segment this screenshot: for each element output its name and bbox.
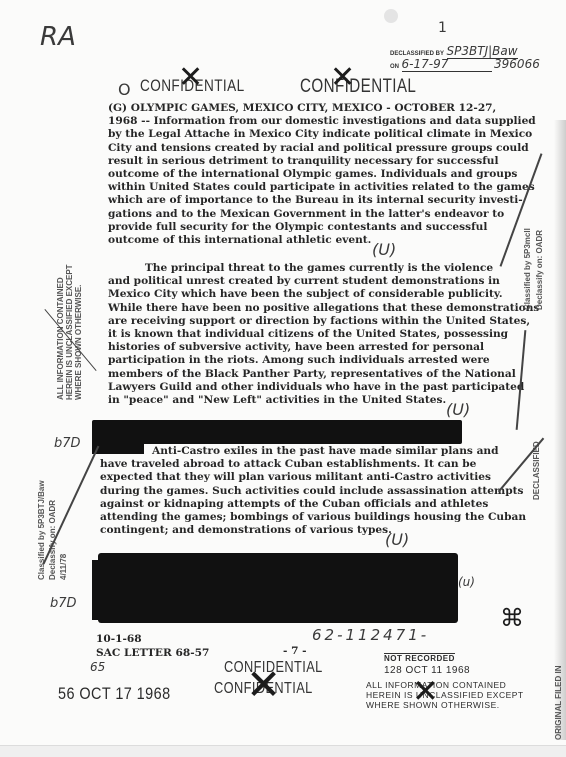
text-line: Anti-Castro exiles in the past have made… [100, 445, 526, 458]
text-line: Mexico City which have been the subject … [108, 288, 539, 301]
paragraph-1-marking: (U) [372, 240, 396, 259]
strike-x-icon: ✕ [330, 60, 355, 95]
circle-mark: O [118, 80, 131, 99]
paragraph-2-marking: (U) [446, 400, 470, 419]
redacted-marking: (u) [458, 575, 475, 589]
text-line: during the games. Such activities could … [100, 485, 526, 498]
left-bottom-margin-stamp: Classified by 5P3BTJ/Baw Declassify on: … [36, 480, 69, 580]
text-line: gations and to the Mexican Government in… [108, 208, 536, 221]
redaction-block [98, 553, 458, 623]
strike-x-icon: ✕ [178, 60, 203, 95]
page-mark: 1 [438, 20, 447, 36]
text-line: City and tensions created by racial and … [108, 142, 536, 155]
text-line: it is known that individual citizens of … [108, 328, 539, 341]
margin-stamp-line: Classified by 5P3mcll [522, 228, 534, 310]
strike-x-icon: ✕ [412, 672, 439, 710]
handwritten-initials: RA [40, 22, 76, 52]
info-stamp-line: HEREIN IS UNCLASSIFIED EXCEPT [366, 690, 524, 700]
paragraph-1: (G) OLYMPIC GAMES, MEXICO CITY, MEXICO -… [108, 102, 536, 247]
text-line: contingent; and demonstrations of variou… [100, 524, 526, 537]
text-line: which are of importance to the Bureau in… [108, 194, 536, 207]
text-line: members of the Black Panther Party, repr… [108, 368, 539, 381]
text-line: The principal threat to the games curren… [108, 262, 539, 275]
text-line: expected that they will plan various mil… [100, 471, 526, 484]
text-line: 1968 -- Information from our domestic in… [108, 115, 536, 128]
scribble-initials-icon: ⌘ [500, 604, 524, 632]
redaction-block [92, 420, 462, 444]
file-number: 62-112471- [312, 626, 429, 644]
text-line: result in serious detriment to tranquili… [108, 155, 536, 168]
text-line: participation in the riots. Among such i… [108, 354, 539, 367]
header-classification-2: CONFIDENTIAL [300, 76, 416, 98]
redaction-block [92, 560, 112, 620]
margin-stamp-line: WHERE SHOWN OTHERWISE. [74, 264, 83, 400]
right-top-margin-stamp: Classified by 5P3mcll Declassify on: OAD… [522, 228, 546, 310]
redaction-code-1: b7D [54, 436, 81, 451]
not-recorded-stamp: NOT RECORDED [384, 653, 455, 663]
info-stamp: ALL INFORMATION CONTAINED HEREIN IS UNCL… [366, 680, 524, 710]
text-line: attending the games; bombings of various… [100, 511, 526, 524]
text-line: Lawyers Guild and other individuals who … [108, 381, 539, 394]
footer-date: 10-1-68 [96, 633, 142, 646]
declassified-stamp: DECLASSIFIED BY SP3BTJ|Baw ON 6-17-97 39… [390, 44, 566, 72]
info-stamp-line: ALL INFORMATION CONTAINED [366, 680, 524, 690]
page-number: - 7 - [283, 645, 307, 658]
margin-stamp-line: Declassify on: OADR [534, 228, 546, 310]
margin-stamp-line: HEREIN IS UNCLASSIFIED EXCEPT [65, 264, 74, 400]
text-line: outcome of the international Olympic gam… [108, 168, 536, 181]
text-line: within United States could participate i… [108, 181, 536, 194]
paragraph-3: Anti-Castro exiles in the past have made… [100, 445, 526, 537]
punch-hole [384, 9, 398, 23]
text-line: provide full security for the Olympic co… [108, 221, 536, 234]
paragraph-2: The principal threat to the games curren… [108, 262, 539, 407]
right-bottom-margin-stamp-2: ORIGINAL FILED IN [554, 665, 563, 740]
text-line: histories of subversive activity, have b… [108, 341, 539, 354]
text-line: and political unrest created by current … [108, 275, 539, 288]
left-top-margin-stamp: ALL INFORMATION CONTAINED HEREIN IS UNCL… [56, 264, 83, 400]
received-initials: 65 [90, 660, 105, 674]
text-line: have traveled abroad to attack Cuban est… [100, 458, 526, 471]
viewer-bottom-band [0, 745, 566, 757]
margin-stamp-line: Declassify on: OADR [47, 480, 58, 580]
declassified-date: 6-17-97 [402, 57, 492, 72]
margin-stamp-line: Classified by 5P3BTJ/Baw [36, 480, 47, 580]
document-page: RA 1 DECLASSIFIED BY SP3BTJ|Baw ON 6-17-… [0, 0, 566, 745]
strike-x-icon: ✕ [246, 660, 281, 709]
received-date-stamp: 56 OCT 17 1968 [58, 684, 171, 704]
paragraph-3-marking: (U) [385, 530, 409, 549]
text-line: are receiving support or direction by fa… [108, 315, 539, 328]
scan-edge-shadow [554, 120, 566, 740]
footer-letter: SAC LETTER 68-57 [96, 647, 209, 660]
redaction-code-2: b7D [50, 596, 77, 611]
text-line: against or kidnaping attempts of the Cub… [100, 498, 526, 511]
info-stamp-line: WHERE SHOWN OTHERWISE. [366, 700, 524, 710]
declassified-number: 396066 [494, 57, 540, 71]
text-line: in "peace" and "New Left" activities in … [108, 394, 539, 407]
text-line: by the Legal Attache in Mexico City indi… [108, 128, 536, 141]
text-line: outcome of this international athletic e… [108, 234, 536, 247]
text-line: (G) OLYMPIC GAMES, MEXICO CITY, MEXICO -… [108, 102, 536, 115]
declassified-on-label: ON [390, 64, 399, 70]
text-line: While there have been no positive allega… [108, 302, 539, 315]
